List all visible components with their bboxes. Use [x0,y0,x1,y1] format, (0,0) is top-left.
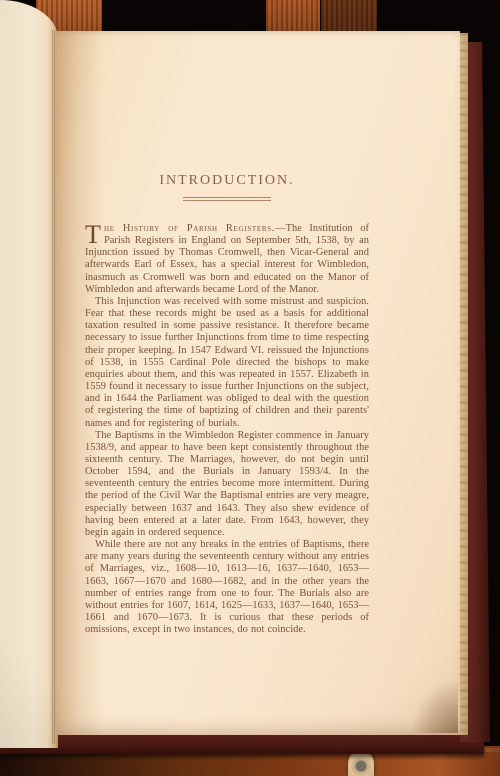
small-caps-lead: he History of Parish Registers. [104,223,275,234]
book-page: INTRODUCTION. The History of Parish Regi… [56,31,460,735]
drop-cap-initial: T [85,223,104,245]
page-corner-wear [412,681,458,733]
previous-page-curl [0,0,58,748]
page-title: INTRODUCTION. [85,173,369,189]
paragraph-1: The History of Parish Registers.—The Ins… [85,223,369,296]
title-rule [183,197,271,201]
text-block: INTRODUCTION. The History of Parish Regi… [85,173,369,636]
book-photo-scene: INTRODUCTION. The History of Parish Regi… [0,0,500,776]
paragraph-group: The History of Parish Registers.—The Ins… [85,223,369,636]
paragraph-3: The Baptisms in the Wimbledon Register c… [85,430,369,539]
paragraph-4: While there are not any breaks in the en… [85,539,369,636]
paragraph-2: This Injunction was received with some m… [85,296,369,430]
